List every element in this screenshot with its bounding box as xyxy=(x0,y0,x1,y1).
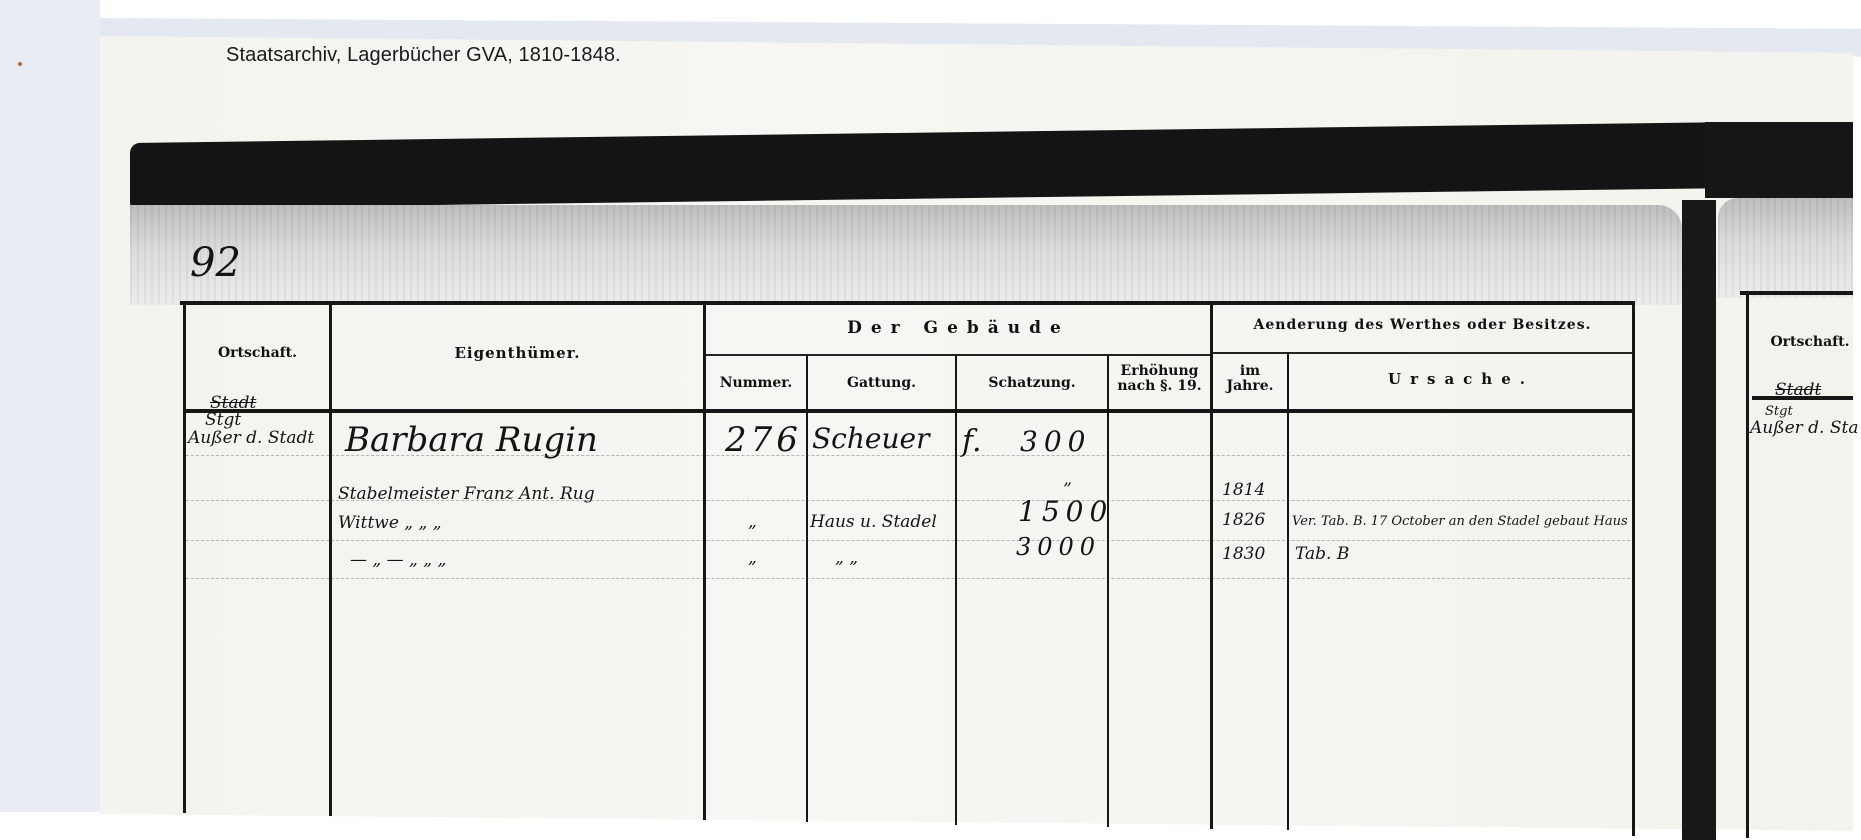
header-jahre: im Jahre. xyxy=(1213,364,1287,393)
left-page-top-grain xyxy=(130,205,1682,305)
jahr-1: 1814 xyxy=(1222,480,1265,500)
gattung-value-1: Scheuer xyxy=(812,422,929,455)
col-line-ursache-left xyxy=(1287,352,1289,830)
header-erhoehung-line2: nach §. 19. xyxy=(1109,379,1210,394)
facing-superscript: Stgt xyxy=(1765,404,1793,419)
nummer-value: 276 xyxy=(725,420,802,460)
nummer-ditto-2: „ xyxy=(748,548,757,568)
col-line-right-border xyxy=(1632,301,1635,836)
gattung-ditto: „ „ xyxy=(835,548,858,568)
col-line-erhoehung-left xyxy=(1107,355,1109,827)
jahr-2: 1826 xyxy=(1222,510,1265,530)
schatzung-value-2: 1500 xyxy=(1018,495,1113,528)
facing-struck-entry: Stadt xyxy=(1775,380,1821,400)
ortschaft-entry: Außer d. Stadt xyxy=(188,428,314,448)
book-top-shadow-right xyxy=(1705,122,1853,198)
col-line-eigenthuemer-left xyxy=(329,303,332,816)
archive-caption: Staatsarchiv, Lagerbücher GVA, 1810-1848… xyxy=(226,44,621,67)
ruled-line xyxy=(186,578,1630,579)
book-spine xyxy=(1682,200,1716,840)
facing-entry: Außer d. Sta xyxy=(1750,418,1858,438)
header-ursache: Ursache. xyxy=(1290,372,1632,388)
header-eigenthuemer: Eigenthümer. xyxy=(332,346,703,362)
owner-line-1: Barbara Rugin xyxy=(345,420,598,460)
header-group-buildings: Der Gebäude xyxy=(706,320,1211,338)
header-ortschaft: Ortschaft. xyxy=(186,346,329,361)
buildings-subheader-divider xyxy=(704,354,1211,356)
schatzung-prefix: f. xyxy=(962,424,982,459)
facing-header-ortschaft: Ortschaft. xyxy=(1770,335,1850,350)
scanner-background xyxy=(0,0,100,812)
col-line-schatzung-left xyxy=(955,355,957,825)
ursache-1826: Ver. Tab. B. 17 October an den Stadel ge… xyxy=(1292,514,1628,529)
ortschaft-superscript: Stgt xyxy=(205,410,241,430)
dust-speck xyxy=(18,62,22,66)
header-gattung: Gattung. xyxy=(808,376,955,391)
page-number: 92 xyxy=(190,240,241,286)
changes-subheader-divider xyxy=(1211,352,1635,354)
header-jahre-line2: Jahre. xyxy=(1213,379,1287,394)
header-group-changes: Aenderung des Werthes oder Besitzes. xyxy=(1213,318,1632,333)
jahr-3: 1830 xyxy=(1222,544,1265,564)
facing-table-top-border xyxy=(1740,291,1853,295)
header-erhoehung: Erhöhung nach §. 19. xyxy=(1109,364,1210,393)
nummer-ditto-1: „ xyxy=(748,512,757,532)
facing-col-line xyxy=(1746,293,1749,838)
owner-line-4: — „ — „ „ „ xyxy=(350,550,446,570)
schatzung-value-3: 3000 xyxy=(1016,533,1101,561)
gattung-value-2: Haus u. Stadel xyxy=(810,512,937,532)
col-line-ortschaft-left xyxy=(183,303,186,813)
ursache-1830: Tab. B xyxy=(1295,544,1349,564)
owner-line-3: Wittwe „ „ „ xyxy=(338,513,442,533)
owner-line-2: Stabelmeister Franz Ant. Rug xyxy=(338,484,595,504)
header-erhoehung-line1: Erhöhung xyxy=(1109,364,1210,379)
schatzung-value-1: 300 xyxy=(1020,425,1091,458)
table-top-border xyxy=(180,301,1635,305)
col-line-gattung-left xyxy=(806,355,808,822)
header-schatzung: Schatzung. xyxy=(957,376,1107,391)
right-page-top-grain xyxy=(1718,198,1853,298)
header-nummer: Nummer. xyxy=(706,376,806,391)
header-bottom-border xyxy=(184,409,1635,413)
header-jahre-line1: im xyxy=(1213,364,1287,379)
ruled-line xyxy=(186,540,1630,541)
